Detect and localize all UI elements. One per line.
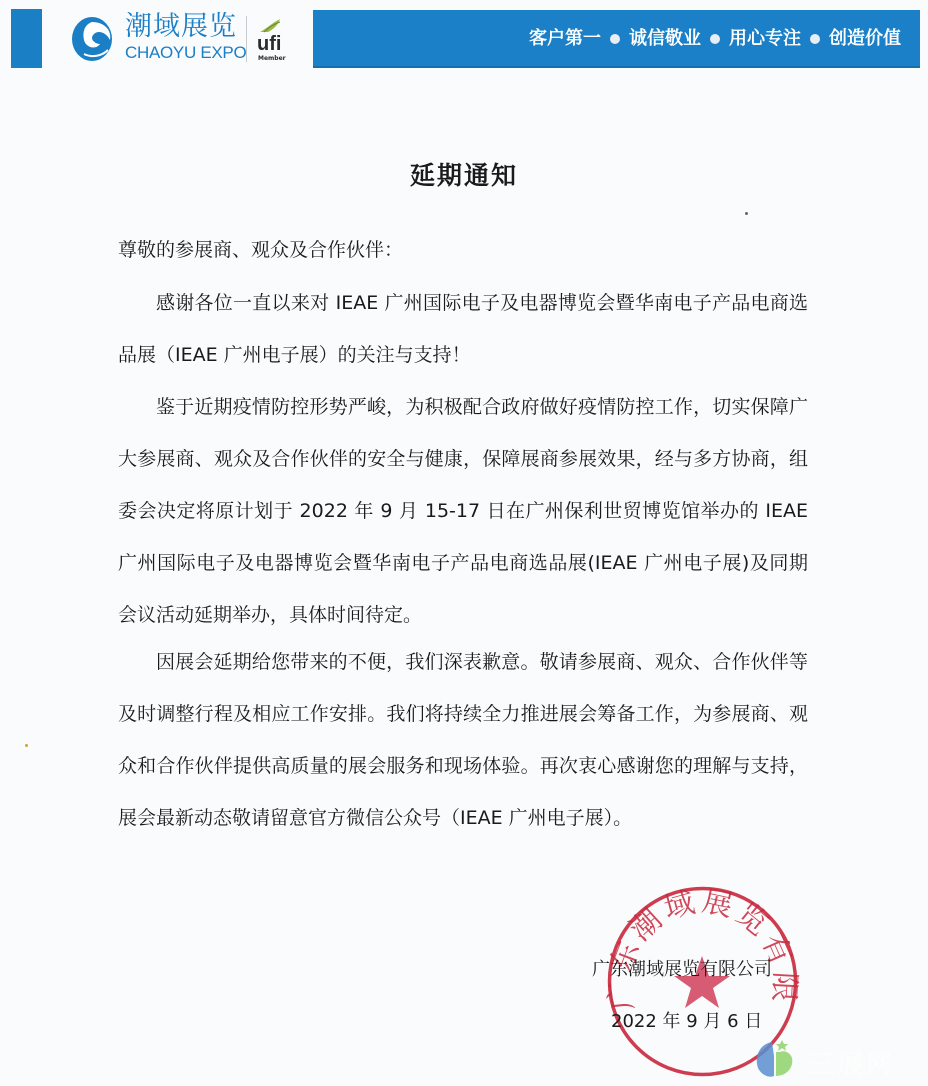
- company-name-en: CHAOYU EXPO: [125, 43, 246, 63]
- ufi-swoosh-icon: [258, 17, 282, 33]
- company-name-cn: 潮域展览: [125, 12, 237, 42]
- slogan: 客户第一 诚信敬业 用心专注 创造价值: [529, 26, 901, 52]
- document-title: 延期通知: [0, 158, 928, 194]
- scan-speck: [745, 212, 748, 215]
- watermark-text: 三展网: [808, 1044, 895, 1081]
- ufi-member-caption: Member: [258, 55, 286, 62]
- bullet-dot-icon: [610, 34, 620, 44]
- paragraph-text: 感谢各位一直以来对 IEAE 广州国际电子及电器博览会暨华南电子产品电商选品展（…: [118, 277, 808, 381]
- slogan-item: 客户第一: [529, 26, 601, 52]
- paragraph-postponement: 鉴于近期疫情防控形势严峻，为积极配合政府做好疫情防控工作，切实保障广大参展商、观…: [118, 381, 808, 641]
- salutation: 尊敬的参展商、观众及合作伙伴：: [118, 224, 808, 276]
- slogan-item: 诚信敬业: [629, 26, 701, 52]
- paragraph-thanks: 感谢各位一直以来对 IEAE 广州国际电子及电器博览会暨华南电子产品电商选品展（…: [118, 277, 808, 381]
- bullet-dot-icon: [710, 34, 720, 44]
- signature-date: 2022 年 9 月 6 日: [611, 1010, 762, 1034]
- wave-logo-icon: [70, 14, 116, 62]
- brand-color-block: [11, 9, 42, 68]
- logo-divider: [246, 16, 247, 62]
- salutation-text: 尊敬的参展商、观众及合作伙伴：: [118, 224, 808, 276]
- slogan-item: 用心专注: [729, 26, 801, 52]
- scan-speck: [25, 744, 28, 747]
- ufi-logo-text: ufi: [257, 34, 281, 54]
- paragraph-text: 因展会延期给您带来的不便，我们深表歉意。敬请参展商、观众、合作伙伴等及时调整行程…: [118, 636, 808, 844]
- slogan-item: 创造价值: [829, 26, 901, 52]
- paragraph-apology: 因展会延期给您带来的不便，我们深表歉意。敬请参展商、观众、合作伙伴等及时调整行程…: [118, 636, 808, 844]
- signature-company: 广东潮域展览有限公司: [592, 958, 772, 982]
- letterhead: 潮域展览 CHAOYU EXPO ufi Member 客户第一 诚信敬业 用心…: [0, 0, 928, 78]
- paragraph-text: 鉴于近期疫情防控形势严峻，为积极配合政府做好疫情防控工作，切实保障广大参展商、观…: [118, 381, 808, 641]
- bullet-dot-icon: [810, 34, 820, 44]
- watermark-logo-icon: [752, 1038, 798, 1080]
- slogan-bar: 客户第一 诚信敬业 用心专注 创造价值: [313, 10, 920, 68]
